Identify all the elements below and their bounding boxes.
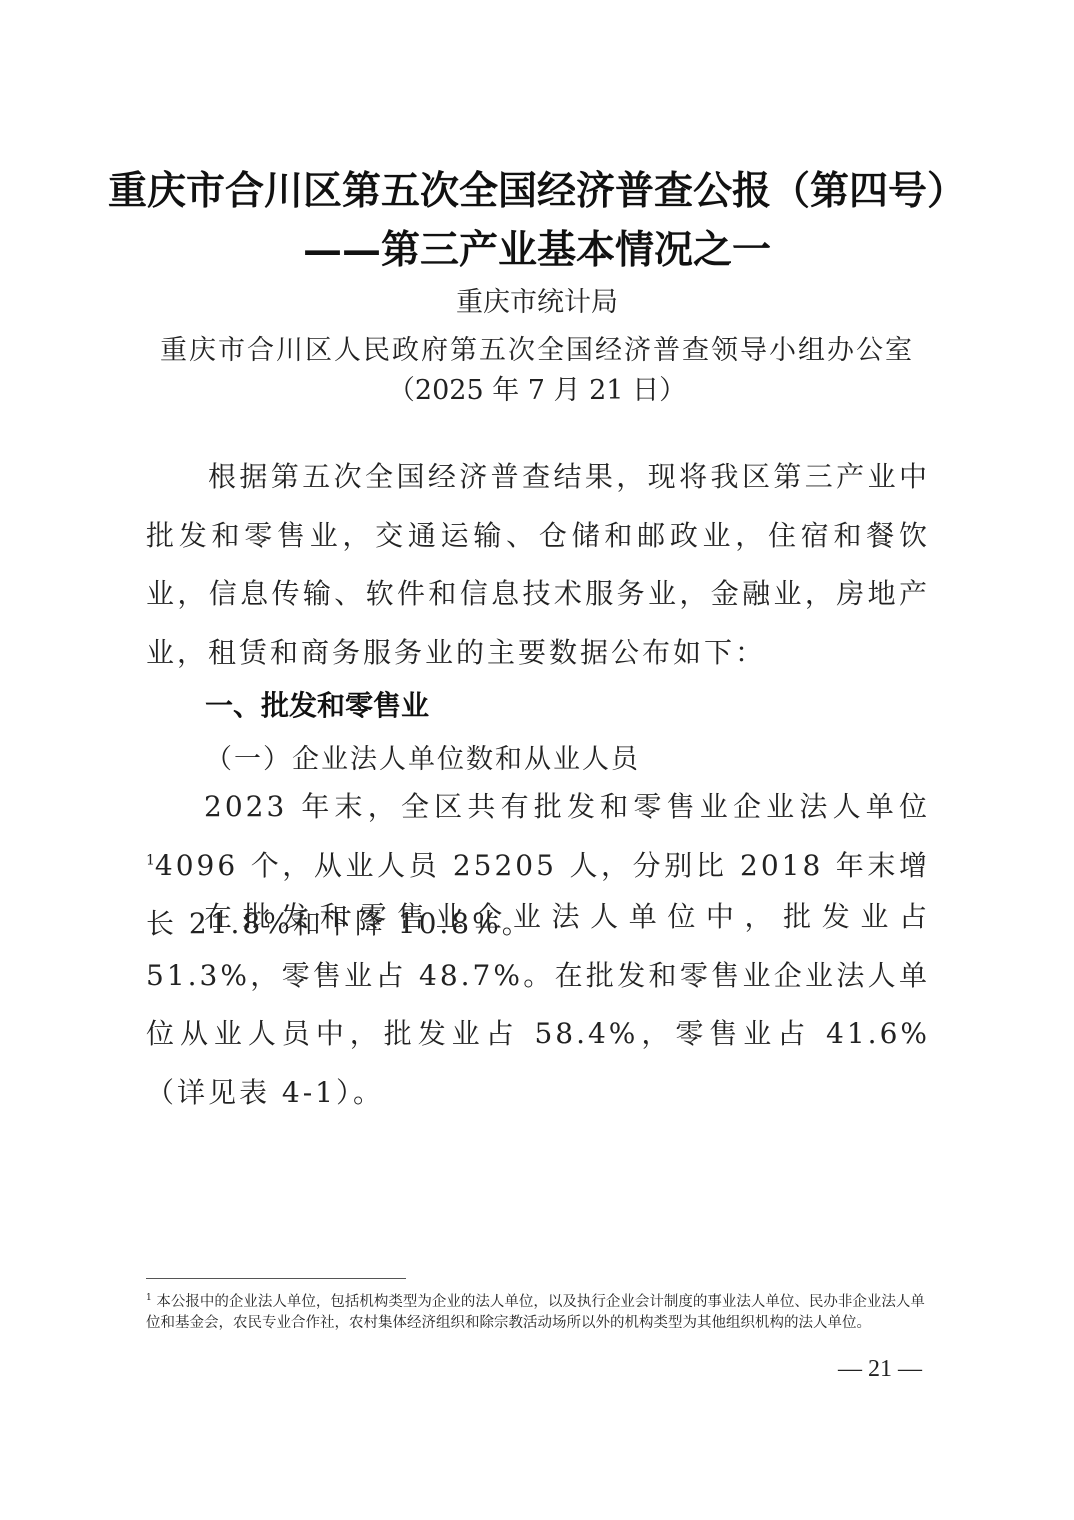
intro-paragraph: 根据第五次全国经济普查结果，现将我区第三产业中批发和零售业，交通运输、仓储和邮政… <box>146 448 930 682</box>
issuer-census-office: 重庆市合川区人民政府第五次全国经济普查领导小组办公室 <box>0 328 1074 367</box>
paragraph-text: 2023 年末，全区共有批发和零售业企业法人单位 <box>204 790 930 823</box>
page-number: — 21 — <box>838 1356 922 1383</box>
footnote-divider <box>146 1278 406 1279</box>
footnote-text: 本公报中的企业法人单位，包括机构类型为企业的法人单位，以及执行企业会计制度的事业… <box>146 1294 925 1331</box>
document-subtitle: ——第三产业基本情况之一 <box>0 219 1074 275</box>
share-paragraph: 在批发和零售业企业法人单位中，批发业占 51.3%，零售业占 48.7%。在批发… <box>146 888 930 1122</box>
subsection-heading: （一）企业法人单位数和从业人员 <box>205 737 640 776</box>
document-title: 重庆市合川区第五次全国经济普查公报（第四号） <box>0 160 1074 216</box>
footnote: 1 本公报中的企业法人单位，包括机构类型为企业的法人单位，以及执行企业会计制度的… <box>146 1288 936 1334</box>
publication-date: （2025 年 7 月 21 日） <box>0 368 1074 407</box>
footnote-reference[interactable]: 1 <box>146 852 155 868</box>
section-heading: 一、批发和零售业 <box>205 684 429 724</box>
issuer-statistics-bureau: 重庆市统计局 <box>0 280 1074 319</box>
